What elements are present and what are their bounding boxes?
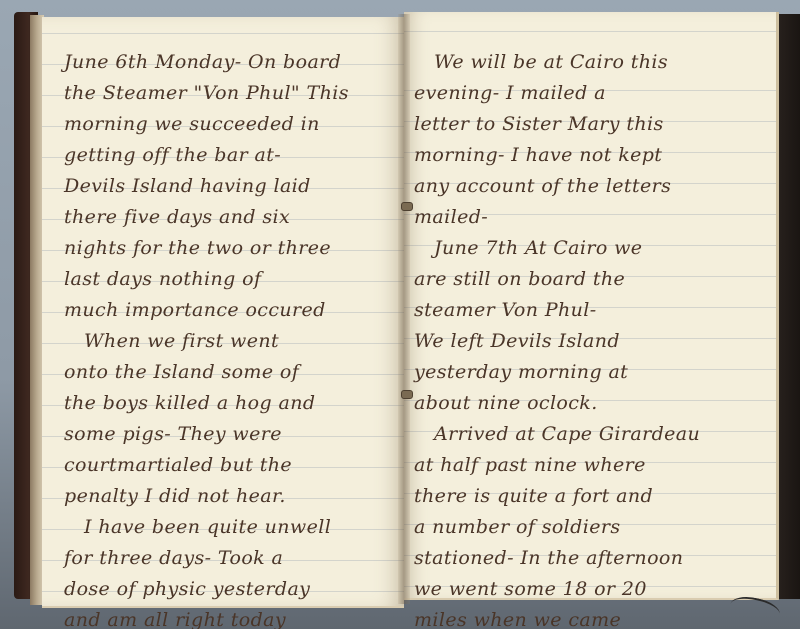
handwritten-line: evening- I mailed a xyxy=(414,78,776,109)
handwritten-line: penalty I did not hear. xyxy=(64,481,404,512)
binding-gutter xyxy=(398,14,410,604)
handwritten-line: courtmartialed but the xyxy=(64,450,404,481)
handwritten-line: morning we succeeded in xyxy=(64,109,404,140)
handwritten-line: are still on board the xyxy=(414,264,776,295)
handwritten-line: stationed- In the afternoon xyxy=(414,543,776,574)
handwritten-line: any account of the letters xyxy=(414,171,776,202)
handwritten-line: I have been quite unwell xyxy=(64,512,404,543)
handwritten-line: the boys killed a hog and xyxy=(64,388,404,419)
left-page-text: June 6th Monday- On board the Steamer "V… xyxy=(64,47,404,629)
handwritten-line: some pigs- They were xyxy=(64,419,404,450)
handwritten-line: there is quite a fort and xyxy=(414,481,776,512)
handwritten-line: a number of soldiers xyxy=(414,512,776,543)
handwritten-line: Devils Island having laid xyxy=(64,171,404,202)
right-page-text: We will be at Cairo this evening- I mail… xyxy=(414,47,776,629)
handwritten-line: miles when we came xyxy=(414,605,776,629)
handwritten-line: getting off the bar at- xyxy=(64,140,404,171)
handwritten-line: much importance occured xyxy=(64,295,404,326)
handwritten-line: letter to Sister Mary this xyxy=(414,109,776,140)
handwritten-line: dose of physic yesterday xyxy=(64,574,404,605)
handwritten-line: Arrived at Cape Girardeau xyxy=(414,419,776,450)
handwritten-line: nights for the two or three xyxy=(64,233,404,264)
handwritten-line: June 7th At Cairo we xyxy=(414,233,776,264)
binding-stitch-icon xyxy=(401,202,413,211)
right-page: We will be at Cairo this evening- I mail… xyxy=(404,12,779,600)
left-page: June 6th Monday- On board the Steamer "V… xyxy=(42,17,404,608)
binding-stitch-icon xyxy=(401,390,413,399)
handwritten-line: yesterday morning at xyxy=(414,357,776,388)
handwritten-line: last days nothing of xyxy=(64,264,404,295)
handwritten-line: We left Devils Island xyxy=(414,326,776,357)
handwritten-line: We will be at Cairo this xyxy=(414,47,776,78)
handwritten-line: for three days- Took a xyxy=(64,543,404,574)
handwritten-line: onto the Island some of xyxy=(64,357,404,388)
handwritten-line: mailed- xyxy=(414,202,776,233)
handwritten-line: there five days and six xyxy=(64,202,404,233)
handwritten-line: When we first went xyxy=(64,326,404,357)
handwritten-line: and am all right today xyxy=(64,605,404,629)
handwritten-line: June 6th Monday- On board xyxy=(64,47,404,78)
handwritten-line: morning- I have not kept xyxy=(414,140,776,171)
handwritten-line: the Steamer "Von Phul" This xyxy=(64,78,404,109)
handwritten-line: we went some 18 or 20 xyxy=(414,574,776,605)
handwritten-line: steamer Von Phul- xyxy=(414,295,776,326)
handwritten-line: about nine oclock. xyxy=(414,388,776,419)
handwritten-line: at half past nine where xyxy=(414,450,776,481)
